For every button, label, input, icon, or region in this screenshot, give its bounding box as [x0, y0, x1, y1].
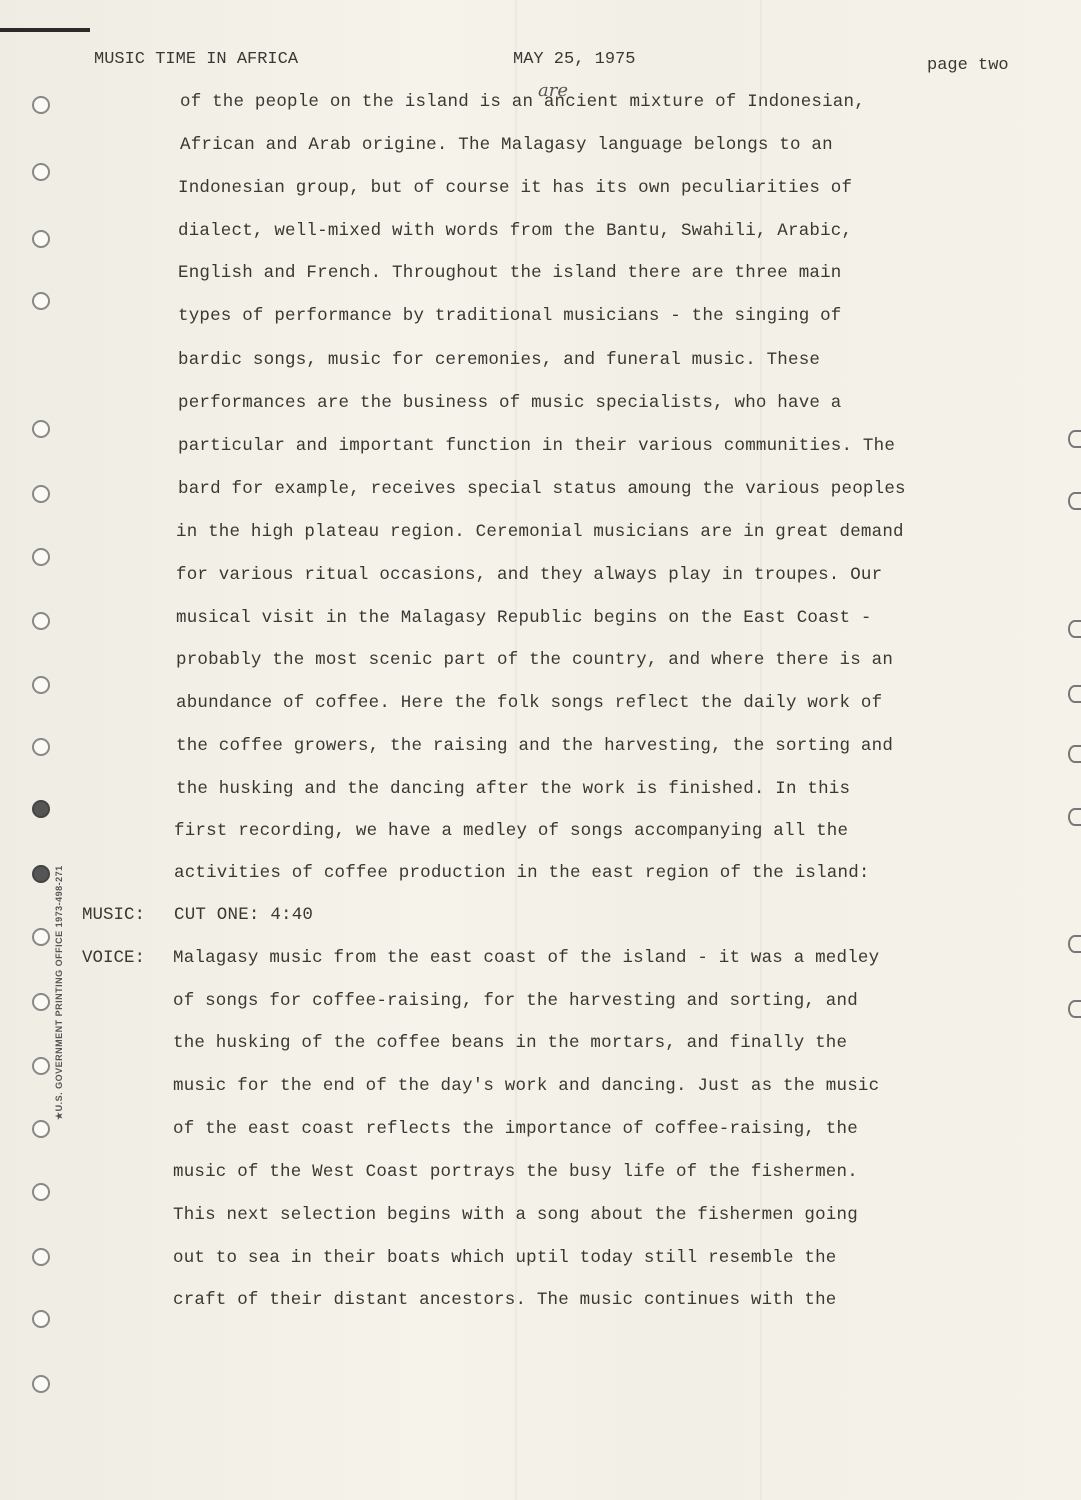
binder-hole	[32, 485, 50, 503]
broadcast-date: MAY 25, 1975	[513, 50, 635, 69]
binder-hole	[32, 420, 50, 438]
edge-hole	[1068, 745, 1081, 763]
voice-line: This next selection begins with a song a…	[173, 1205, 858, 1225]
binder-hole	[32, 230, 50, 248]
script-line: first recording, we have a medley of son…	[174, 821, 848, 841]
page-header: MUSIC TIME IN AFRICA MAY 25, 1975 page t…	[0, 50, 1081, 80]
script-line: for various ritual occasions, and they a…	[176, 565, 882, 585]
voice-line: of the east coast reflects the importanc…	[173, 1119, 858, 1139]
script-line: of the people on the island is an ancien…	[180, 92, 865, 112]
binder-hole	[32, 865, 50, 883]
script-line: abundance of coffee. Here the folk songs…	[176, 693, 882, 713]
printing-office-margin-text: ★U.S. GOVERNMENT PRINTING OFFICE 1973-49…	[54, 865, 65, 1120]
voice-line: Malagasy music from the east coast of th…	[173, 948, 879, 968]
binder-hole	[32, 1248, 50, 1266]
script-line: English and French. Throughout the islan…	[178, 263, 842, 283]
typed-page: MUSIC TIME IN AFRICA MAY 25, 1975 page t…	[0, 0, 1081, 1500]
binder-hole	[32, 738, 50, 756]
program-title: MUSIC TIME IN AFRICA	[94, 50, 298, 69]
voice-line: craft of their distant ancestors. The mu…	[173, 1290, 837, 1310]
binder-hole	[32, 676, 50, 694]
script-line: probably the most scenic part of the cou…	[176, 650, 893, 670]
script-line: musical visit in the Malagasy Republic b…	[176, 608, 872, 628]
script-line: bard for example, receives special statu…	[178, 479, 906, 499]
binder-hole	[32, 1375, 50, 1393]
voice-line: of songs for coffee-raising, for the har…	[173, 991, 858, 1011]
script-line: the husking and the dancing after the wo…	[176, 779, 850, 799]
binder-hole	[32, 1120, 50, 1138]
binder-hole	[32, 993, 50, 1011]
script-line: dialect, well-mixed with words from the …	[178, 221, 852, 241]
binder-hole	[32, 1057, 50, 1075]
script-line: activities of coffee production in the e…	[174, 863, 870, 883]
voice-line: out to sea in their boats which uptil to…	[173, 1248, 837, 1268]
script-line: bardic songs, music for ceremonies, and …	[178, 350, 820, 370]
binder-hole	[32, 612, 50, 630]
binder-hole	[32, 1310, 50, 1328]
edge-hole	[1068, 1000, 1081, 1018]
script-line: particular and important function in the…	[178, 436, 895, 456]
music-cue-text: CUT ONE: 4:40	[174, 905, 313, 925]
binder-hole	[32, 548, 50, 566]
edge-hole	[1068, 685, 1081, 703]
music-cue-label: MUSIC:	[82, 905, 145, 925]
binder-hole	[32, 928, 50, 946]
script-line: African and Arab origine. The Malagasy l…	[180, 135, 833, 155]
page-number: page two	[927, 56, 1009, 75]
edge-hole	[1068, 935, 1081, 953]
script-line: in the high plateau region. Ceremonial m…	[176, 522, 904, 542]
binder-hole	[32, 96, 50, 114]
script-line: performances are the business of music s…	[178, 393, 842, 413]
voice-line: music for the end of the day's work and …	[173, 1076, 879, 1096]
binder-hole	[32, 1183, 50, 1201]
top-edge-mark	[0, 28, 90, 32]
edge-hole	[1068, 430, 1081, 448]
edge-hole	[1068, 492, 1081, 510]
binder-hole	[32, 800, 50, 818]
script-line: the coffee growers, the raising and the …	[176, 736, 893, 756]
voice-line: the husking of the coffee beans in the m…	[173, 1033, 847, 1053]
voice-line: music of the West Coast portrays the bus…	[173, 1162, 858, 1182]
edge-hole	[1068, 620, 1081, 638]
script-line: Indonesian group, but of course it has i…	[178, 178, 852, 198]
binder-hole	[32, 163, 50, 181]
edge-hole	[1068, 808, 1081, 826]
binder-hole	[32, 292, 50, 310]
script-line: types of performance by traditional musi…	[178, 306, 842, 326]
voice-label: VOICE:	[82, 948, 145, 968]
